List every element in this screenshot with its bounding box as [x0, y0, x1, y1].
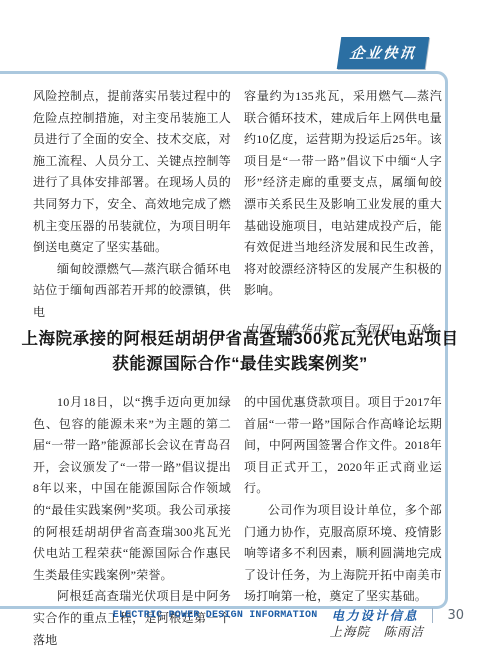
section-badge: 企业快讯	[337, 37, 429, 69]
page-footer: ELECTRIC POWER DESIGN INFORMATION 电力设计信息…	[113, 606, 464, 624]
section-badge-label: 企业快讯	[349, 42, 418, 63]
paragraph: 风险控制点，提前落实吊装过程中的危险点控制措施，对主变吊装施工人员进行了全面的安…	[33, 86, 231, 259]
journal-name-cn: 电力设计信息	[331, 606, 418, 624]
article-solar-title-line-2: 获能源国际合作“最佳实践案例奖”	[18, 352, 462, 377]
page-number: 30	[447, 608, 464, 623]
magazine-page: 企业快讯 风险控制点，提前落实吊装过程中的危险点控制措施，对主变吊装施工人员进行…	[0, 0, 480, 663]
footer-divider	[432, 608, 433, 623]
article-myanmar-left-column: 风险控制点，提前落实吊装过程中的危险点控制措施，对主变吊装施工人员进行了全面的安…	[33, 86, 231, 338]
byline-author-solar: 上海院 陈雨洁	[244, 622, 442, 640]
paragraph: 公司作为项目设计单位，多个部门通力协作，克服高原环境、疫情影响等诸多不利因素，顺…	[244, 500, 442, 608]
article-myanmar-plant: 风险控制点，提前落实吊装过程中的危险点控制措施，对主变吊装施工人员进行了全面的安…	[33, 86, 442, 338]
paragraph: 缅甸皎漂燃气—蒸汽联合循环电站位于缅甸西部若开邦的皎漂镇，供电	[33, 259, 231, 324]
paragraph: 10月18日，以“携手迈向更加绿色、包容的能源未来”为主题的第二届“一带一路”能…	[33, 392, 231, 586]
journal-name-en: ELECTRIC POWER DESIGN INFORMATION	[113, 610, 318, 621]
article-solar-title: 上海院承接的阿根廷胡胡伊省高查瑞300兆瓦光伏电站项目 获能源国际合作“最佳实践…	[18, 327, 462, 376]
paragraph: 容量约为135兆瓦，采用燃气—蒸汽联合循环技术，建成后年上网供电量约10亿度，运…	[244, 86, 442, 302]
article-solar-title-line-1: 上海院承接的阿根廷胡胡伊省高查瑞300兆瓦光伏电站项目	[18, 327, 462, 352]
paragraph: 的中国优惠贷款项目。项目于2017年首届“一带一路”国际合作高峰论坛期间，中阿两…	[244, 392, 442, 500]
article-myanmar-right-column: 容量约为135兆瓦，采用燃气—蒸汽联合循环技术，建成后年上网供电量约10亿度，运…	[244, 86, 442, 338]
